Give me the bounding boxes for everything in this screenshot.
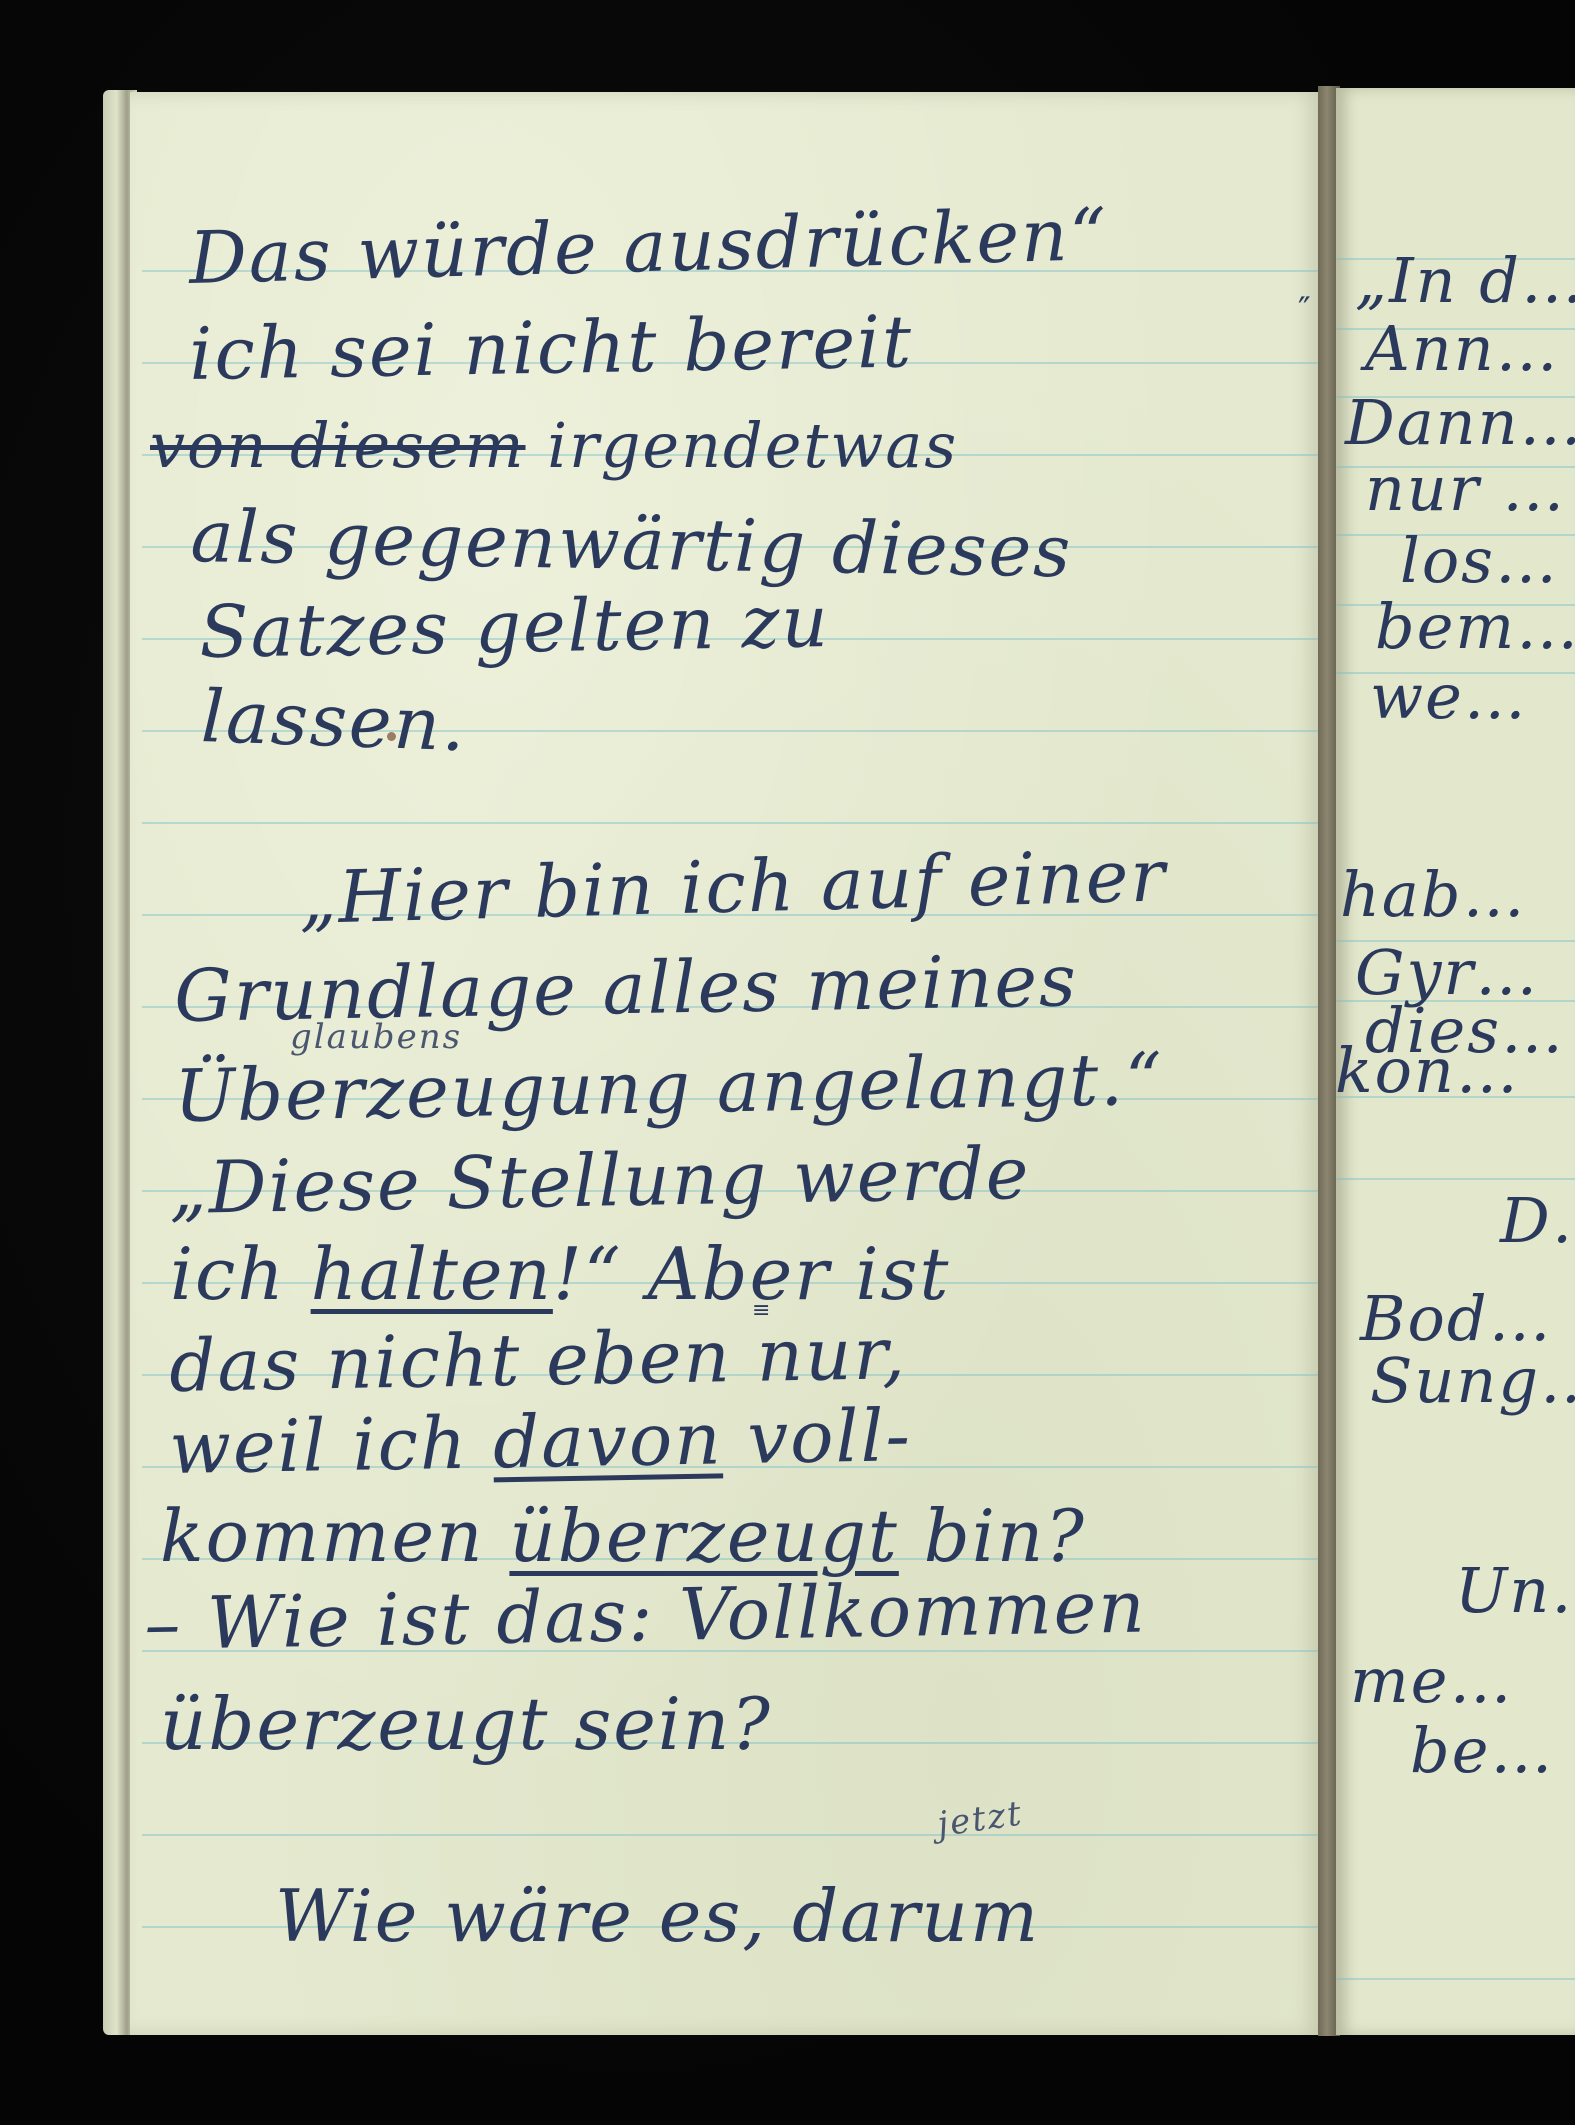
right-fragment: we… [1370,666,1528,728]
handwriting-line-11: ich halten!“ Aber ist [170,1238,950,1310]
fragment-text: bem… [1375,590,1575,663]
struck-out-text: von diesem [150,409,526,482]
fragment-text: D… [1500,1184,1575,1257]
right-fragment: Sung… [1370,1350,1575,1412]
line-text: „Diese Stellung werde [169,1131,1031,1230]
notebook-scan: Das würde ausdrücken“ ich sei nicht bere… [0,0,1575,2125]
line-text: ich sei nicht bereit [189,299,914,396]
fragment-text: Ann… [1365,312,1560,385]
right-fragment: los… [1400,530,1559,592]
handwriting-line-14: kommen überzeugt bin? [160,1500,1086,1572]
fragment-text: „In d… [1355,244,1575,317]
ruled-line [142,822,1322,824]
fragment-text: be… [1410,1714,1554,1787]
right-fragment: Ann… [1365,318,1560,380]
handwriting-line-9: Überzeugung angelangt.“ [174,1043,1165,1132]
line-text: Satzes gelten zu [199,579,831,674]
line-text: Wie wäre es, darum [275,1874,1040,1958]
line-text: voll- [747,1393,913,1480]
handwriting-line-17: Wie wäre es, darum [275,1880,1040,1952]
handwriting-line-7: „Hier bin ich auf einer [298,839,1167,934]
handwriting-line-2: ich sei nicht bereit [189,305,914,390]
closing-quote: “ [1068,192,1109,277]
handwriting-line-12: das nicht eben nur, [169,1317,908,1402]
line-text: das nicht eben nur, [169,1311,908,1408]
handwriting-line-3: von diesem irgendetwas [150,415,958,477]
marginal-quote-mark: ″ [1298,290,1311,330]
ruled-line [1336,1178,1575,1180]
fragment-text: hab… [1340,858,1527,931]
right-fragment: Bod… [1360,1288,1553,1350]
line-text: – Wie ist das: Vollkommen [144,1565,1148,1666]
fragment-text: los… [1400,524,1559,597]
handwriting-line-5: Satzes gelten zu [199,585,831,668]
handwriting-line-4: als gegenwärtig dieses [190,500,1073,587]
underlined-word: halten [311,1232,553,1316]
right-fragment: be… [1410,1720,1554,1782]
line-text: als gegenwärtig dieses [190,494,1073,593]
mark-glyph: ″ [1298,290,1311,330]
marginal-tick-mark: ≡ [752,1298,770,1323]
handwriting-line-16: überzeugt sein? [160,1688,772,1760]
line-text: überzeugt sein? [160,1682,772,1766]
line-text: ich [170,1232,286,1316]
handwriting-line-6: lassen. [200,680,468,761]
handwriting-line-10: „Diese Stellung werde [169,1137,1031,1224]
fragment-text: Sung… [1370,1344,1575,1417]
right-fragment: nur … [1365,458,1566,520]
fragment-text: we… [1370,660,1528,733]
right-fragment: Dann… [1345,392,1575,454]
underlined-word: davon [492,1396,723,1484]
line-text: kommen [160,1494,485,1578]
right-fragment: „In d… [1355,250,1575,312]
fragment-text: kon… [1335,1034,1520,1107]
right-fragment: bem… [1375,596,1575,658]
handwriting-line-15: – Wie ist das: Vollkommen [144,1571,1147,1660]
right-fragment: kon… [1335,1040,1520,1102]
right-fragment: me… [1350,1650,1513,1712]
fragment-text: nur … [1365,452,1566,525]
fragment-text: Dann… [1345,386,1575,459]
right-fragment: D… [1500,1190,1575,1252]
underlined-word: überzeugt [509,1494,898,1578]
mark-glyph: ≡ [752,1298,770,1323]
fragment-text: Un… [1455,1554,1575,1627]
handwriting-line-13: weil ich davon voll- [169,1399,913,1484]
right-fragment: Un… [1455,1560,1575,1622]
ruled-line [1336,1978,1575,1980]
line-text: irgendetwas [547,409,958,482]
ruled-line [142,1834,1322,1836]
line-text: weil ich [169,1401,469,1490]
line-text: Überzeugung angelangt.“ [174,1037,1165,1138]
right-fragment: hab… [1340,864,1527,926]
fragment-text: me… [1350,1644,1513,1717]
line-text: lassen. [200,674,468,767]
